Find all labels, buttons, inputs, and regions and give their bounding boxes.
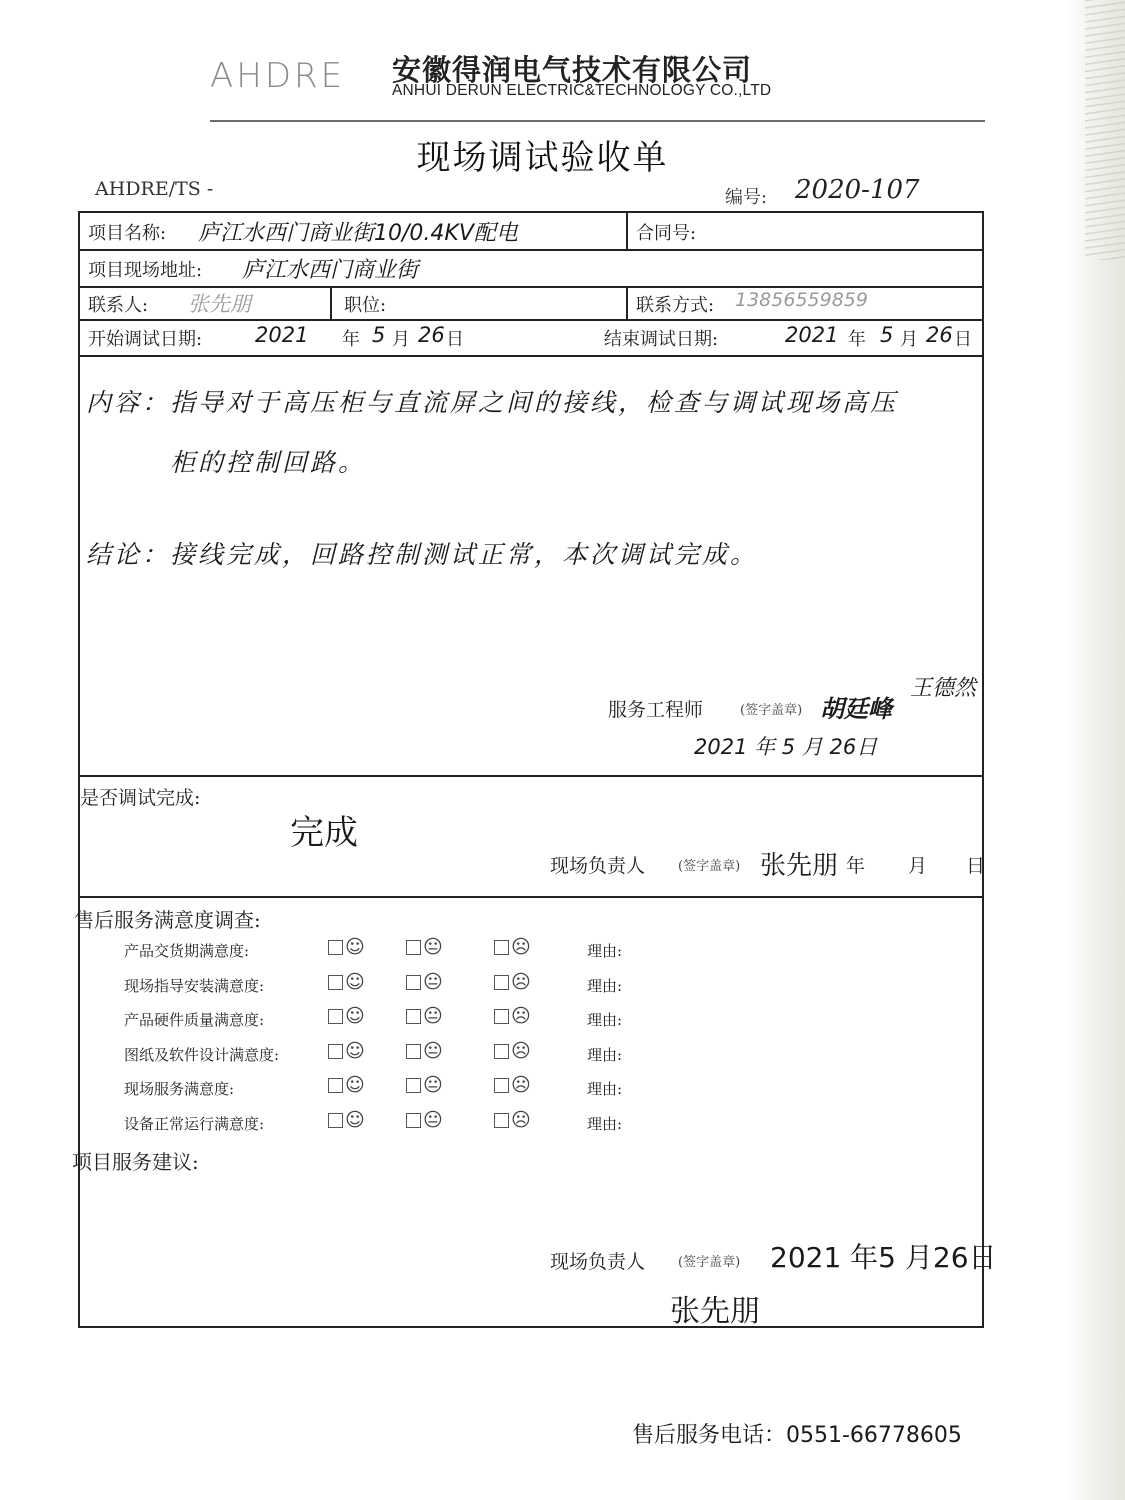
- completion-sign-note: (签字盖章): [678, 855, 740, 874]
- engineer-sign-label: 服务工程师: [608, 695, 703, 722]
- completion-label: 是否调试完成:: [80, 783, 200, 810]
- adjacent-page-text: [1085, 0, 1125, 260]
- neutral-checkbox[interactable]: [406, 1009, 421, 1024]
- row-site-address: 项目现场地址: 庐江水西门商业街: [80, 249, 982, 288]
- start-date-day-unit: 日: [446, 325, 464, 351]
- frown-face-icon: ☹: [511, 1111, 531, 1130]
- start-date-month[interactable]: 5: [372, 323, 385, 347]
- survey-row: 现场指导安装满意度:☺😐☹理由:: [80, 971, 980, 1001]
- contact-person-value[interactable]: 张先朋: [188, 288, 251, 318]
- start-date-label: 开始调试日期:: [88, 325, 202, 351]
- suggestion-sign-label: 现场负责人: [550, 1247, 645, 1274]
- survey-option: ☹: [494, 1111, 531, 1130]
- frown-face-icon: ☹: [511, 1076, 531, 1095]
- survey-reason-label: 理由:: [587, 1009, 622, 1030]
- satisfied-checkbox[interactable]: [328, 1078, 343, 1093]
- satisfied-checkbox[interactable]: [328, 1009, 343, 1024]
- survey-reason-label: 理由:: [587, 1078, 622, 1099]
- site-address-label: 项目现场地址:: [88, 256, 202, 282]
- survey-option: ☹: [494, 1007, 531, 1026]
- end-date-day-unit: 日: [954, 325, 972, 351]
- smile-face-icon: ☺: [345, 973, 365, 992]
- end-date-month[interactable]: 5: [880, 323, 893, 347]
- dissatisfied-checkbox[interactable]: [494, 1044, 509, 1059]
- neutral-checkbox[interactable]: [406, 975, 421, 990]
- company-name-en: ANHUI DERUN ELECTRIC&TECHNOLOGY CO.,LTD: [392, 82, 771, 100]
- company-logo: AHDRE: [210, 56, 345, 96]
- dissatisfied-checkbox[interactable]: [494, 975, 509, 990]
- engineer-signature-2[interactable]: 王德然: [910, 671, 976, 702]
- position-label: 职位:: [344, 291, 386, 317]
- survey-option: ☺: [328, 973, 365, 992]
- survey-row: 产品硬件质量满意度:☺😐☹理由:: [80, 1005, 980, 1035]
- suggestion-title: 项目服务建议:: [72, 1146, 199, 1175]
- cell-divider: [626, 286, 628, 319]
- end-date-day[interactable]: 26: [926, 323, 953, 347]
- serial-label: 编号:: [725, 183, 767, 209]
- survey-row: 产品交货期满意度:☺😐☹理由:: [80, 936, 980, 966]
- cell-divider: [626, 213, 628, 249]
- start-date-year-unit: 年: [342, 325, 360, 351]
- header-divider: [210, 120, 985, 122]
- survey-option: 😐: [406, 973, 443, 992]
- neutral-face-icon: 😐: [423, 1111, 443, 1130]
- serial-value: 2020-107: [795, 175, 920, 205]
- completion-sign-label: 现场负责人: [550, 851, 645, 878]
- smile-face-icon: ☺: [345, 1042, 365, 1061]
- survey-reason-label: 理由:: [587, 1044, 622, 1065]
- survey-option: 😐: [406, 938, 443, 957]
- smile-face-icon: ☺: [345, 1007, 365, 1026]
- neutral-checkbox[interactable]: [406, 1044, 421, 1059]
- completion-value[interactable]: 完成: [290, 805, 358, 854]
- survey-item-label: 现场服务满意度:: [124, 1078, 234, 1099]
- company-header: AHDRE 安徽得润电气技术有限公司 ANHUI DERUN ELECTRIC&…: [210, 48, 910, 108]
- survey-option: ☺: [328, 938, 365, 957]
- neutral-checkbox[interactable]: [406, 940, 421, 955]
- survey-reason-label: 理由:: [587, 1113, 622, 1134]
- smile-face-icon: ☺: [345, 1076, 365, 1095]
- completion-month-unit: 月: [908, 851, 927, 878]
- survey-item-label: 现场指导安装满意度:: [124, 975, 264, 996]
- survey-reason-label: 理由:: [587, 940, 622, 961]
- site-address-value[interactable]: 庐江水西门商业街: [242, 253, 418, 284]
- survey-option: 😐: [406, 1076, 443, 1095]
- contract-no-label: 合同号:: [636, 219, 696, 245]
- neutral-face-icon: 😐: [423, 1007, 443, 1026]
- neutral-face-icon: 😐: [423, 938, 443, 957]
- survey-row: 图纸及软件设计满意度:☺😐☹理由:: [80, 1040, 980, 1070]
- survey-item-label: 图纸及软件设计满意度:: [124, 1044, 279, 1065]
- survey-option: ☹: [494, 1076, 531, 1095]
- project-name-value[interactable]: 庐江水西门商业街10/0.4KV配电: [198, 216, 518, 247]
- document-code: AHDRE/TS -: [95, 178, 213, 200]
- survey-option: ☺: [328, 1111, 365, 1130]
- content-section: 内容：指导对于高压柜与直流屏之间的接线，检查与调试现场高压 柜的控制回路。 结论…: [80, 355, 982, 777]
- survey-item-label: 设备正常运行满意度:: [124, 1113, 264, 1134]
- contact-method-label: 联系方式:: [636, 291, 714, 317]
- row-dates: 开始调试日期: 2021 年 5 月 26 日 结束调试日期: 2021 年 5…: [80, 319, 982, 357]
- end-date-year[interactable]: 2021: [785, 323, 838, 347]
- engineer-sign-date[interactable]: 2021 年 5 月 26日: [694, 731, 877, 761]
- survey-option: ☹: [494, 938, 531, 957]
- engineer-sign-note: (签字盖章): [740, 699, 802, 718]
- survey-option: 😐: [406, 1042, 443, 1061]
- page-edge-shadow: [1065, 0, 1125, 1500]
- start-date-month-unit: 月: [392, 325, 410, 351]
- survey-reason-label: 理由:: [587, 975, 622, 996]
- neutral-face-icon: 😐: [423, 1076, 443, 1095]
- survey-option: ☺: [328, 1007, 365, 1026]
- content-line-2[interactable]: 柜的控制回路。: [170, 443, 366, 479]
- suggestion-signature[interactable]: 张先朋: [670, 1286, 760, 1330]
- satisfied-checkbox[interactable]: [328, 1044, 343, 1059]
- survey-title: 售后服务满意度调查:: [74, 904, 261, 933]
- survey-item-label: 产品交货期满意度:: [124, 940, 249, 961]
- document-title: 现场调试验收单: [0, 130, 1085, 179]
- smile-face-icon: ☺: [345, 1111, 365, 1130]
- end-date-month-unit: 月: [900, 325, 918, 351]
- survey-option: 😐: [406, 1007, 443, 1026]
- end-date-label: 结束调试日期:: [604, 325, 718, 351]
- completion-day-unit: 日: [966, 851, 985, 878]
- survey-section: 售后服务满意度调查: 产品交货期满意度:☺😐☹理由:现场指导安装满意度:☺😐☹理…: [80, 896, 982, 1328]
- dissatisfied-checkbox[interactable]: [494, 1009, 509, 1024]
- dissatisfied-checkbox[interactable]: [494, 940, 509, 955]
- frown-face-icon: ☹: [511, 1007, 531, 1026]
- frown-face-icon: ☹: [511, 973, 531, 992]
- completion-section: 是否调试完成: 完成 现场负责人 (签字盖章) 张先朋 年 月 日: [80, 775, 982, 898]
- survey-option: ☺: [328, 1042, 365, 1061]
- survey-option: ☺: [328, 1076, 365, 1095]
- completion-year-unit: 年: [846, 851, 865, 878]
- contact-person-label: 联系人:: [88, 291, 148, 317]
- suggestion-sign-date[interactable]: 2021 年5 月26日: [770, 1236, 997, 1276]
- survey-row: 现场服务满意度:☺😐☹理由:: [80, 1074, 980, 1104]
- completion-signature[interactable]: 张先朋: [760, 845, 838, 882]
- service-hotline: 售后服务电话：0551-66778605: [632, 1418, 962, 1449]
- survey-option: 😐: [406, 1111, 443, 1130]
- dissatisfied-checkbox[interactable]: [494, 1113, 509, 1128]
- suggestion-sign-note: (签字盖章): [678, 1251, 740, 1270]
- survey-option: ☹: [494, 973, 531, 992]
- smile-face-icon: ☺: [345, 938, 365, 957]
- row-contact: 联系人: 张先朋 职位: 联系方式: 13856559859: [80, 286, 982, 321]
- acceptance-form: 项目名称: 庐江水西门商业街10/0.4KV配电 合同号: 项目现场地址: 庐江…: [78, 211, 984, 1328]
- dissatisfied-checkbox[interactable]: [494, 1078, 509, 1093]
- project-name-label: 项目名称:: [88, 219, 166, 245]
- survey-row: 设备正常运行满意度:☺😐☹理由:: [80, 1109, 980, 1139]
- neutral-face-icon: 😐: [423, 1042, 443, 1061]
- neutral-face-icon: 😐: [423, 973, 443, 992]
- start-date-year[interactable]: 2021: [255, 323, 308, 347]
- engineer-signature-1[interactable]: 胡廷峰: [820, 689, 892, 724]
- survey-item-label: 产品硬件质量满意度:: [124, 1009, 264, 1030]
- neutral-checkbox[interactable]: [406, 1113, 421, 1128]
- end-date-year-unit: 年: [848, 325, 866, 351]
- content-line-1[interactable]: 内容：指导对于高压柜与直流屏之间的接线，检查与调试现场高压: [86, 383, 898, 419]
- contact-method-value[interactable]: 13856559859: [735, 289, 868, 311]
- conclusion-text[interactable]: 结论：接线完成，回路控制测试正常，本次调试完成。: [86, 535, 758, 571]
- frown-face-icon: ☹: [511, 938, 531, 957]
- row-project-name: 项目名称: 庐江水西门商业街10/0.4KV配电 合同号:: [80, 213, 982, 251]
- survey-option: ☹: [494, 1042, 531, 1061]
- satisfied-checkbox[interactable]: [328, 975, 343, 990]
- start-date-day[interactable]: 26: [418, 323, 445, 347]
- cell-divider: [330, 286, 332, 319]
- satisfied-checkbox[interactable]: [328, 1113, 343, 1128]
- frown-face-icon: ☹: [511, 1042, 531, 1061]
- neutral-checkbox[interactable]: [406, 1078, 421, 1093]
- satisfied-checkbox[interactable]: [328, 940, 343, 955]
